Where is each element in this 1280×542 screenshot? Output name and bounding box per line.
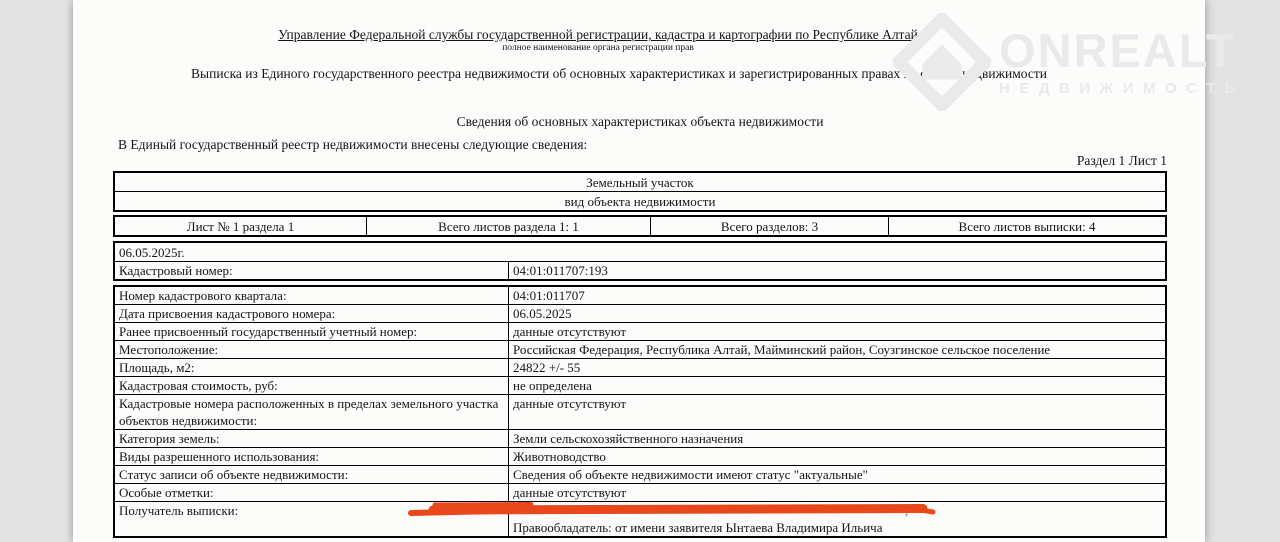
table-row: Номер кадастрового квартала: 04:01:01170… [115, 287, 1165, 304]
row-value: 04:01:011707:193 [509, 262, 1165, 279]
org-subtitle: полное наименование органа регистрации п… [73, 43, 1123, 53]
row-label: Местоположение: [115, 341, 509, 358]
row-label: Виды разрешенного использования: [115, 448, 509, 465]
section-sheet-label: Раздел 1 Лист 1 [113, 153, 1167, 169]
table-row: Кадастровые номера расположенных в преде… [115, 394, 1165, 429]
row-value: данные отсутствуют [509, 395, 1165, 429]
recipient-line2: Правообладатель: от имени заявителя Ынта… [513, 519, 1161, 536]
document-canvas: Управление Федеральной службы государств… [0, 0, 1280, 542]
row-label: Особые отметки: [115, 484, 509, 501]
sheet-info-cell: Всего листов выписки: 4 [888, 217, 1165, 235]
extract-date: 06.05.2025г. [115, 243, 1165, 262]
sheet-info-cell: Всего разделов: 3 [650, 217, 888, 235]
row-value: данные отсутствуют [509, 323, 1165, 340]
org-title: Управление Федеральной службы государств… [73, 27, 1123, 43]
cadastral-table: 06.05.2025г. Кадастровый номер: 04:01:01… [113, 241, 1167, 281]
row-value: Сведения об объекте недвижимости имеют с… [509, 466, 1165, 483]
row-value: данные отсутствуют [509, 484, 1165, 501]
row-value: Российская Федерация, Республика Алтай, … [509, 341, 1165, 358]
row-value: не определена [509, 377, 1165, 394]
sheet-info-cell: Лист № 1 раздела 1 [115, 217, 366, 235]
row-value: Животноводство [509, 448, 1165, 465]
table-row: Кадастровый номер: 04:01:011707:193 [115, 262, 1165, 279]
intro-line: В Единый государственный реестр недвижим… [118, 137, 587, 153]
row-value: Земли сельскохозяйственного назначения [509, 430, 1165, 447]
row-label: Кадастровая стоимость, руб: [115, 377, 509, 394]
table-row: Площадь, м2: 24822 +/- 55 [115, 358, 1165, 376]
document-page: Управление Федеральной службы государств… [73, 0, 1205, 542]
object-type-table: Земельный участок вид объекта недвижимос… [113, 171, 1167, 212]
object-type-value: Земельный участок [115, 173, 1165, 191]
row-label: Статус записи об объекте недвижимости: [115, 466, 509, 483]
row-label: Кадастровые номера расположенных в преде… [115, 395, 509, 429]
row-label: Ранее присвоенный государственный учетны… [115, 323, 509, 340]
row-label: Номер кадастрового квартала: [115, 287, 509, 304]
row-value: 04:01:011707 [509, 287, 1165, 304]
table-row: Категория земель: Земли сельскохозяйстве… [115, 429, 1165, 447]
table-row: Статус записи об объекте недвижимости: С… [115, 465, 1165, 483]
org-title-text: Управление Федеральной службы государств… [278, 27, 918, 42]
sheet-info-cell: Всего листов раздела 1: 1 [366, 217, 650, 235]
row-label: Дата присвоения кадастрового номера: [115, 305, 509, 322]
object-type-caption: вид объекта недвижимости [115, 191, 1165, 210]
row-label: Кадастровый номер: [115, 262, 509, 279]
row-label: Категория земель: [115, 430, 509, 447]
row-label: Площадь, м2: [115, 359, 509, 376]
table-row: Местоположение: Российская Федерация, Ре… [115, 340, 1165, 358]
table-row: Дата присвоения кадастрового номера: 06.… [115, 304, 1165, 322]
red-marker-redaction [403, 502, 951, 518]
doc-title: Выписка из Единого государственного реес… [113, 66, 1125, 82]
recipient-row: Получатель выписки: Правообладатель: от … [115, 501, 1165, 536]
row-value: 24822 +/- 55 [509, 359, 1165, 376]
table-row: Особые отметки: данные отсутствуют [115, 483, 1165, 501]
row-value: 06.05.2025 [509, 305, 1165, 322]
details-table: Номер кадастрового квартала: 04:01:01170… [113, 285, 1167, 538]
sheet-info-table: Лист № 1 раздела 1 Всего листов раздела … [113, 215, 1167, 237]
section-title: Сведения об основных характеристиках объ… [113, 114, 1167, 130]
table-row: Виды разрешенного использования: Животно… [115, 447, 1165, 465]
table-row: Кадастровая стоимость, руб: не определен… [115, 376, 1165, 394]
table-row: Ранее присвоенный государственный учетны… [115, 322, 1165, 340]
